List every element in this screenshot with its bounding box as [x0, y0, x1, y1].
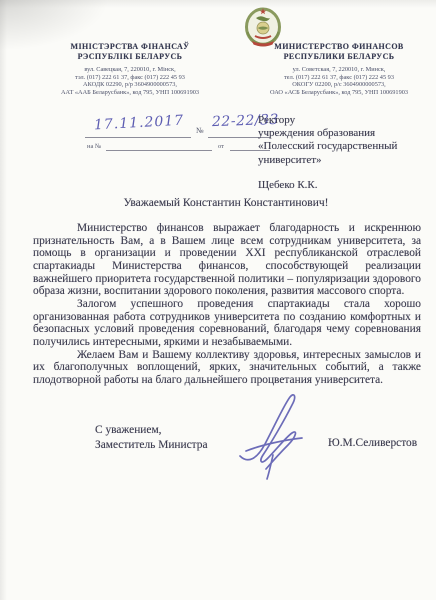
- address-line: ААТ «ААБ Беларусбанк», код 795, УНП 1006…: [26, 89, 234, 97]
- body-paragraph-3: Желаем Вам и Вашему коллективу здоровья,…: [33, 349, 421, 387]
- address-line: ул. Советская, 7, 220010, г. Минск,: [244, 66, 434, 74]
- salutation: Уважаемый Константин Константинович!: [30, 197, 422, 209]
- ministry-title-by-line1: МІНІСТЭРСТВА ФІНАНСАЎ: [26, 42, 234, 52]
- address-line: ОКОГУ 02200, р/с 3604900000573,: [244, 81, 434, 89]
- reply-to-number-label: на №: [87, 143, 101, 150]
- ministry-address-ru: ул. Советская, 7, 220010, г. Минск, тел.…: [244, 66, 434, 97]
- address-line: тэл. (017) 222 61 37, факс (017) 222 45 …: [26, 74, 234, 82]
- letterhead-russian: МИНИСТЕРСТВО ФИНАНСОВ РЕСПУБЛИКИ БЕЛАРУС…: [244, 42, 434, 97]
- handwritten-signature: [226, 392, 318, 482]
- address-line: вул. Савецкая, 7, 220010, г. Мінск,: [26, 66, 234, 74]
- recipient-line: «Полесский государственный: [258, 140, 397, 153]
- recipient-line: Ректору: [258, 114, 397, 127]
- reply-number-blank-line: [106, 150, 212, 151]
- scanned-letter-page: МІНІСТЭРСТВА ФІНАНСАЎ РЭСПУБЛІКІ БЕЛАРУС…: [0, 0, 436, 600]
- letter-body: Министерство финансов выражает благодарн…: [33, 222, 421, 387]
- recipient-block: Ректору учреждения образования «Полесски…: [258, 114, 397, 192]
- ministry-title-ru-line1: МИНИСТЕРСТВО ФИНАНСОВ: [244, 42, 434, 52]
- number-sign: №: [196, 126, 204, 135]
- signer-position: Заместитель Министра: [95, 438, 208, 453]
- ministry-title-ru: МИНИСТЕРСТВО ФИНАНСОВ РЕСПУБЛИКИ БЕЛАРУС…: [244, 42, 434, 62]
- ministry-title-by: МІНІСТЭРСТВА ФІНАНСАЎ РЭСПУБЛІКІ БЕЛАРУС…: [26, 42, 234, 62]
- address-line: тел. (017) 222 61 37, факс (017) 222 45 …: [244, 74, 434, 82]
- ministry-address-by: вул. Савецкая, 7, 220010, г. Мінск, тэл.…: [26, 66, 234, 97]
- reply-from-date-label: от: [218, 143, 224, 150]
- closing-phrase: С уважением,: [95, 423, 208, 438]
- letterhead-belarusian: МІНІСТЭРСТВА ФІНАНСАЎ РЭСПУБЛІКІ БЕЛАРУС…: [26, 42, 234, 97]
- recipient-name: Щебеко К.К.: [258, 179, 397, 192]
- recipient-line: учреждения образования: [258, 127, 397, 140]
- ministry-title-ru-line2: РЕСПУБЛИКИ БЕЛАРУСЬ: [244, 52, 434, 62]
- address-line: ОАО «АСБ Беларусбанк», код 795, УНП 1006…: [244, 89, 434, 97]
- body-paragraph-1: Министерство финансов выражает благодарн…: [33, 222, 421, 298]
- handwritten-date: 17.11.2017: [94, 113, 185, 134]
- signer-name: Ю.М.Селиверстов: [328, 437, 417, 449]
- ministry-title-by-line2: РЭСПУБЛІКІ БЕЛАРУСЬ: [26, 52, 234, 62]
- body-paragraph-2: Залогом успешного проведения спартакиады…: [33, 298, 421, 349]
- address-line: АКОДК 02290, р/р 3604900000573,: [26, 81, 234, 89]
- date-blank-line: [85, 137, 191, 138]
- recipient-line: университет»: [258, 154, 397, 167]
- signature-block: С уважением, Заместитель Министра: [95, 423, 208, 452]
